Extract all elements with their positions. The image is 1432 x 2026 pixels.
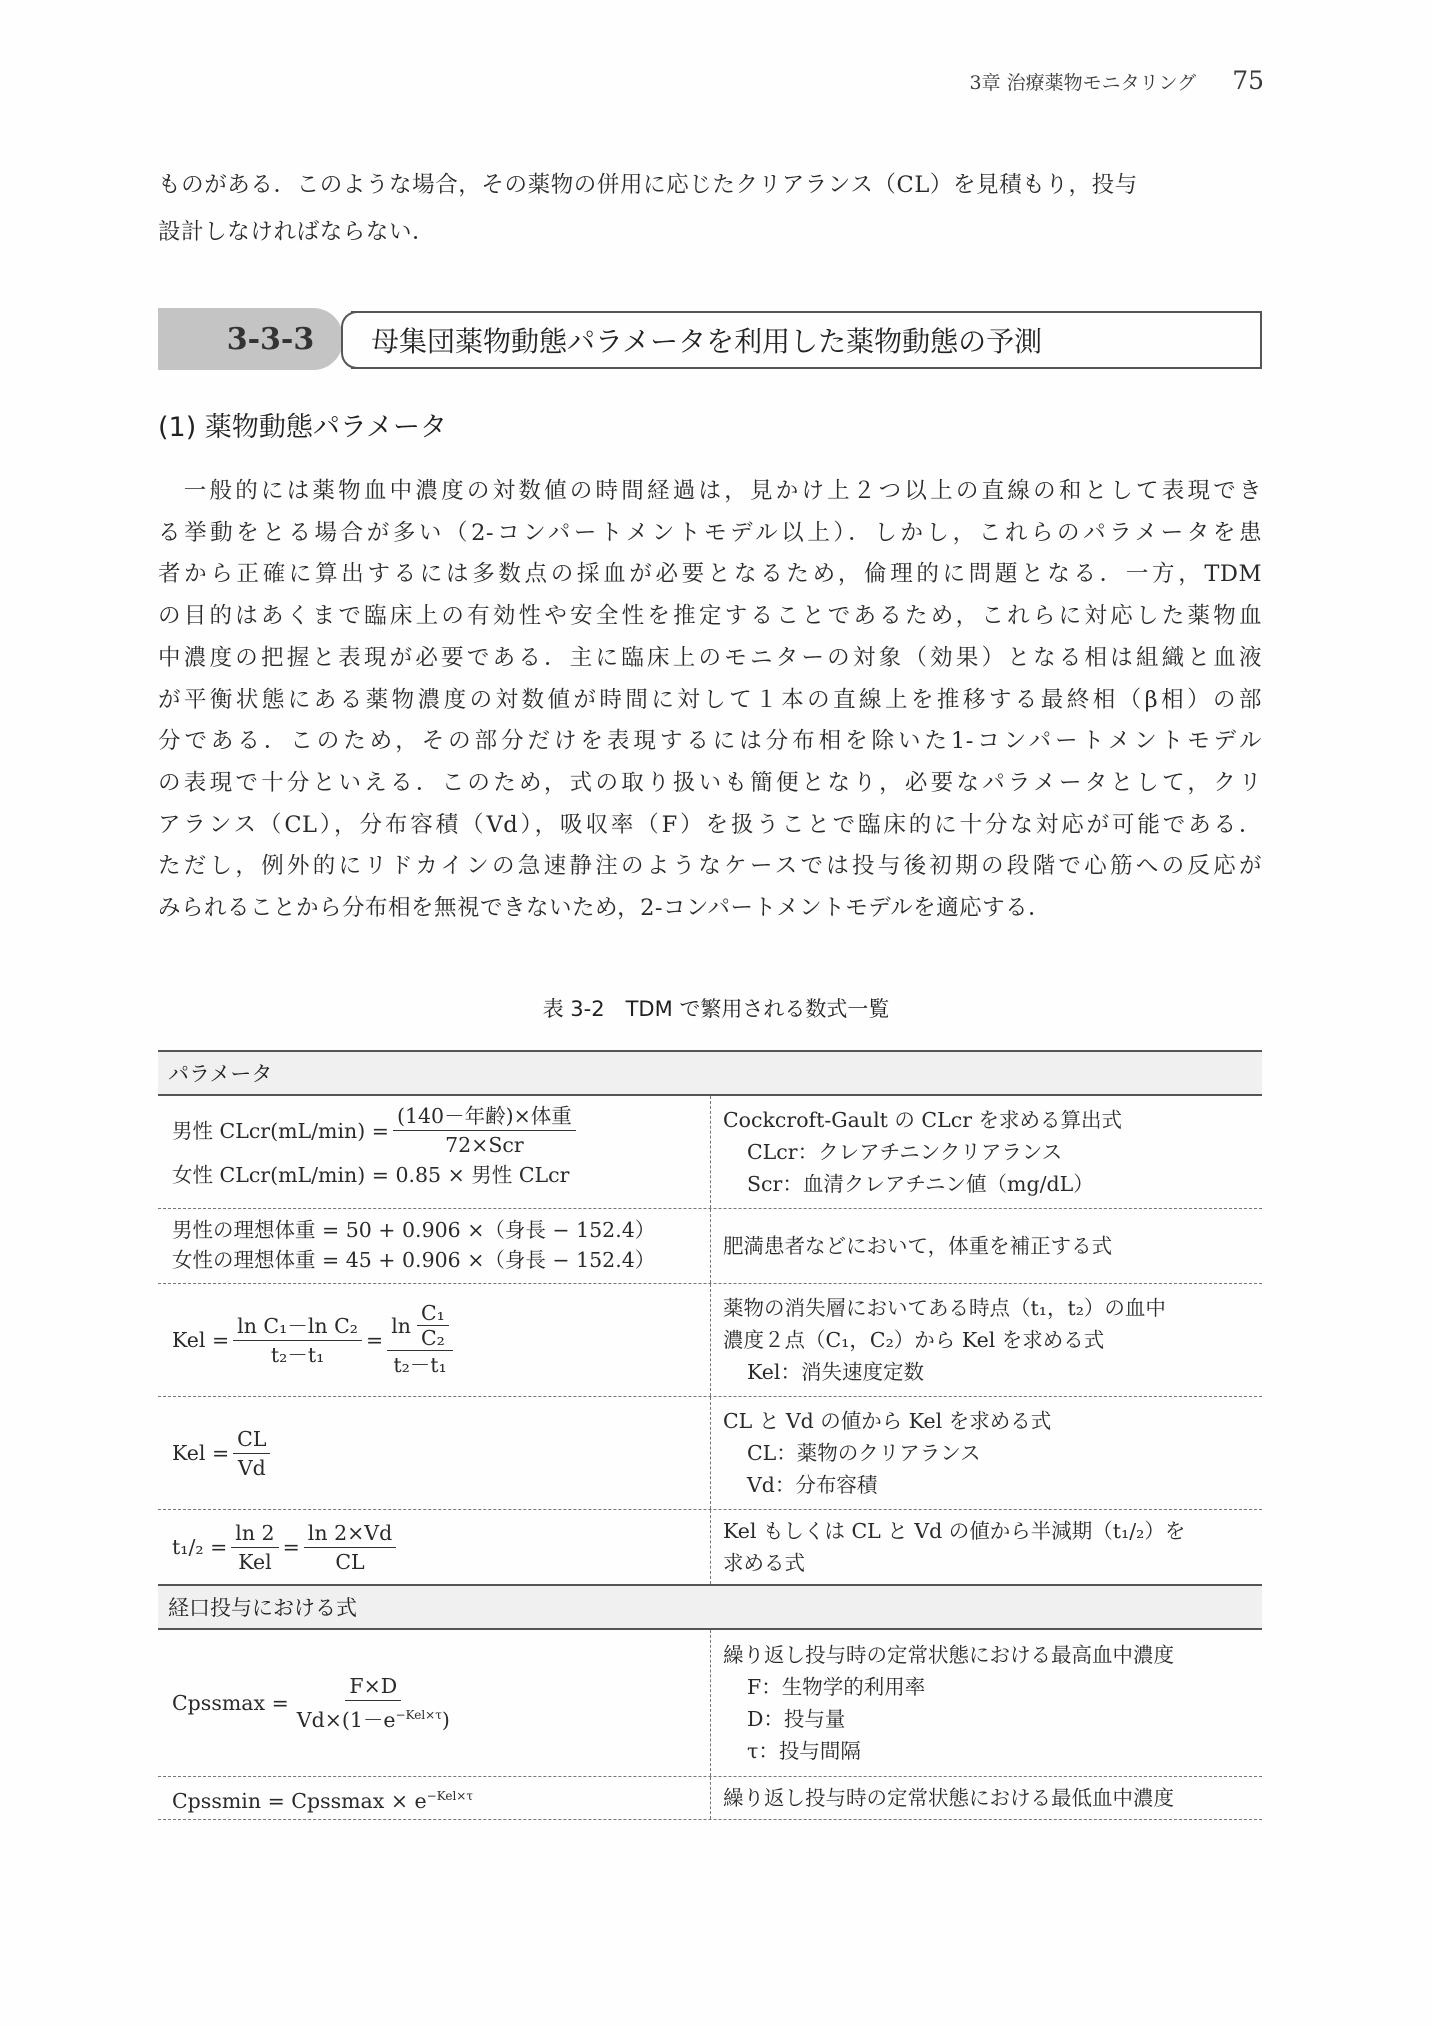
description: 濃度２点（C₁，C₂）から Kel を求める式 [723,1324,1262,1356]
paragraph-line: みられることから分布相を無視できないため，2-コンパートメントモデルを適応する． [158,888,1262,930]
table-caption: 表 3-2 TDM で繁用される数式一覧 [0,993,1432,1023]
description-cell: 肥満患者などにおいて，体重を補正する式 [710,1209,1262,1283]
definition: Scr：血清クレアチニン値（mg/dL） [723,1168,1262,1200]
definition: F：生物学的利用率 [723,1671,1262,1703]
numerator: F×D [345,1672,401,1701]
denominator: Vd [234,1454,270,1482]
numerator: ln C₁ C₂ [387,1301,453,1351]
ln-label: ln [391,1312,411,1340]
definition: Kel：消失速度定数 [723,1356,1262,1388]
page-number: 75 [1232,66,1264,95]
formula-cell: Kel = CL Vd [158,1397,710,1509]
table-row: t₁/₂ = ln 2 Kel = ln 2×Vd CL Kel もしくは CL… [158,1510,1262,1586]
table-row: Kel = ln C₁－ln C₂ t₂－t₁ = ln C₁ C₂ t₂－t₁ [158,1284,1262,1397]
description-cell: Kel もしくは CL と Vd の値から半減期（t₁/₂）を 求める式 [710,1510,1262,1584]
denominator: Kel [234,1548,275,1576]
table-row: 男性の理想体重 = 50 + 0.906 ×（身長 − 152.4） 女性の理想… [158,1209,1262,1284]
denominator: t₂－t₁ [389,1351,450,1379]
equals-sign: = [283,1531,300,1563]
paragraph-line: アランス（CL），分布容積（Vd），吸収率（F）を扱うことで臨床的に十分な対応が… [158,805,1262,847]
chapter-title: 3章 治療薬物モニタリング [969,68,1196,95]
formula-cell: 男性の理想体重 = 50 + 0.906 ×（身長 − 152.4） 女性の理想… [158,1209,710,1283]
description-cell: 薬物の消失層においてある時点（t₁，t₂）の血中 濃度２点（C₁，C₂）から K… [710,1284,1262,1396]
section-number: 3-3-3 [158,308,343,370]
table-row: Cpssmax = F×D Vd×(1－e−Kel×τ) 繰り返し投与時の定常状… [158,1630,1262,1777]
inner-fraction: C₁ C₂ [417,1301,449,1350]
description: 薬物の消失層においてある時点（t₁，t₂）の血中 [723,1292,1262,1324]
denominator: 72×Scr [441,1131,528,1159]
formula-table: パラメータ 男性 CLcr(mL/min) = (140－年齢)×体重 72×S… [158,1050,1262,1820]
description-cell: Cockcroft-Gault の CLcr を求める算出式 CLcr：クレアチ… [710,1096,1262,1208]
numerator: ln 2 [231,1519,278,1548]
paragraph-line: の目的はあくまで臨床上の有効性や安全性を推定することであるため，これらに対応した… [158,596,1262,638]
paragraph-line: 一般的には薬物血中濃度の対数値の時間経過は，見かけ上２つ以上の直線の和として表現… [158,471,1262,513]
description: 繰り返し投与時の定常状態における最高血中濃度 [723,1639,1262,1671]
fraction: ln C₁ C₂ t₂－t₁ [387,1301,453,1379]
formula-lhs: Kel = [172,1437,229,1469]
exponent: −Kel×τ [427,1789,473,1803]
formula-line: Cpssmin = Cpssmax × e−Kel×τ [172,1780,473,1817]
intro-text: ものがある．このような場合，その薬物の併用に応じたクリアランス（CL）を見積もり… [158,162,1262,256]
numerator: C₁ [417,1301,449,1326]
denominator: t₂－t₁ [267,1341,328,1369]
description: Cockcroft-Gault の CLcr を求める算出式 [723,1104,1262,1136]
paragraph-line: 分である．このため，その部分だけを表現するには分布相を除いた1-コンパートメント… [158,721,1262,763]
paragraph-line: 中濃度の把握と表現が必要である．主に臨床上のモニターの対象（効果）となる相は組織… [158,638,1262,680]
formula-cell: Cpssmax = F×D Vd×(1－e−Kel×τ) [158,1630,710,1776]
numerator: (140－年齢)×体重 [393,1102,576,1131]
denominator: C₂ [417,1326,449,1350]
definition: CLcr：クレアチニンクリアランス [723,1136,1262,1168]
formula-cell: Cpssmin = Cpssmax × e−Kel×τ [158,1777,710,1819]
definition: D：投与量 [723,1703,1262,1735]
denominator: CL [331,1548,368,1576]
paragraph-line: る挙動をとる場合が多い（2-コンパートメントモデル以上）．しかし，これらのパラメ… [158,513,1262,555]
formula-line: 女性 CLcr(mL/min) = 0.85 × 男性 CLcr [172,1159,710,1191]
fraction: ln 2×Vd CL [304,1519,396,1576]
subheading: (1) 薬物動態パラメータ [158,405,447,444]
section-heading: 3-3-3 母集団薬物動態パラメータを利用した薬物動態の予測 [158,308,1262,370]
formula-cell: 男性 CLcr(mL/min) = (140－年齢)×体重 72×Scr 女性 … [158,1096,710,1208]
body-paragraph: 一般的には薬物血中濃度の対数値の時間経過は，見かけ上２つ以上の直線の和として表現… [158,471,1262,930]
formula-lhs: Kel = [172,1324,229,1356]
definition: Vd：分布容積 [723,1469,1262,1501]
formula-line: 男性の理想体重 = 50 + 0.906 ×（身長 − 152.4） [172,1215,710,1245]
formula-cell: Kel = ln C₁－ln C₂ t₂－t₁ = ln C₁ C₂ t₂－t₁ [158,1284,710,1396]
intro-line: ものがある．このような場合，その薬物の併用に応じたクリアランス（CL）を見積もり… [158,162,1262,209]
description: 求める式 [723,1547,1262,1579]
fraction: (140－年齢)×体重 72×Scr [393,1102,576,1159]
table-group-header: パラメータ [158,1050,1262,1096]
table-row: Kel = CL Vd CL と Vd の値から Kel を求める式 CL：薬物… [158,1397,1262,1510]
intro-line: 設計しなければならない． [158,209,1262,256]
description: Kel もしくは CL と Vd の値から半減期（t₁/₂）を [723,1515,1262,1547]
paragraph-line: の表現で十分といえる．このため，式の取り扱いも簡便となり，必要なパラメータとして… [158,763,1262,805]
section-title: 母集団薬物動態パラメータを利用した薬物動態の予測 [351,311,1262,369]
paragraph-line: 者から正確に算出するには多数点の採血が必要となるため，倫理的に問題となる．一方，… [158,554,1262,596]
table-group-header: 経口投与における式 [158,1586,1262,1630]
paragraph-line: が平衡状態にある薬物濃度の対数値が時間に対して１本の直線上を推移する最終相（β相… [158,680,1262,722]
description-cell: 繰り返し投与時の定常状態における最高血中濃度 F：生物学的利用率 D：投与量 τ… [710,1630,1262,1776]
numerator: ln C₁－ln C₂ [233,1312,362,1341]
description: 肥満患者などにおいて，体重を補正する式 [723,1230,1262,1262]
numerator: ln 2×Vd [304,1519,396,1548]
fraction: ln C₁－ln C₂ t₂－t₁ [233,1312,362,1369]
formula-line: 女性の理想体重 = 45 + 0.906 ×（身長 − 152.4） [172,1245,710,1275]
running-head: 3章 治療薬物モニタリング 75 [969,66,1264,95]
formula-lhs: Cpssmax = [172,1687,289,1719]
description: 繰り返し投与時の定常状態における最低血中濃度 [723,1782,1262,1814]
table-row: 男性 CLcr(mL/min) = (140－年齢)×体重 72×Scr 女性 … [158,1096,1262,1209]
description: CL と Vd の値から Kel を求める式 [723,1405,1262,1437]
table-row: Cpssmin = Cpssmax × e−Kel×τ 繰り返し投与時の定常状態… [158,1777,1262,1820]
description-cell: 繰り返し投与時の定常状態における最低血中濃度 [710,1777,1262,1819]
formula-lhs: 男性 CLcr(mL/min) = [172,1115,389,1147]
definition: CL：薬物のクリアランス [723,1437,1262,1469]
paragraph-line: ただし，例外的にリドカインの急速静注のようなケースでは投与後初期の段階で心筋への… [158,846,1262,888]
exponent: −Kel×τ [396,1708,442,1722]
fraction: ln 2 Kel [231,1519,278,1576]
formula-cell: t₁/₂ = ln 2 Kel = ln 2×Vd CL [158,1510,710,1584]
equals-sign: = [366,1324,383,1356]
fraction: F×D Vd×(1－e−Kel×τ) [293,1672,454,1734]
formula-lhs: t₁/₂ = [172,1531,227,1563]
definition: τ：投与間隔 [723,1735,1262,1767]
description-cell: CL と Vd の値から Kel を求める式 CL：薬物のクリアランス Vd：分… [710,1397,1262,1509]
numerator: CL [233,1425,270,1454]
denominator: Vd×(1－e−Kel×τ) [293,1701,454,1734]
fraction: CL Vd [233,1425,270,1482]
